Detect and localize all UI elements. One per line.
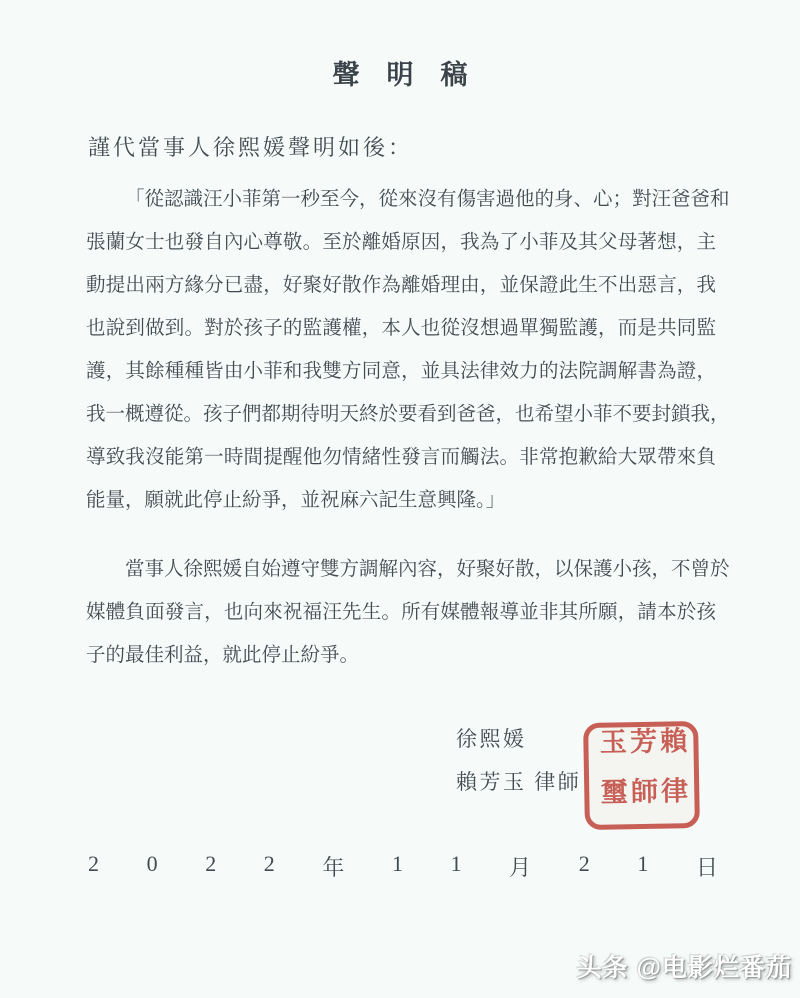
seal-text-left-column: 律師璽 <box>596 776 688 825</box>
date-character: 1 <box>392 851 403 882</box>
date-character: 2 <box>264 851 275 882</box>
signature-block: 徐熙媛 賴芳玉 律師 <box>456 726 581 795</box>
document-title: 聲明稿 <box>0 53 800 92</box>
date-character: 1 <box>637 851 648 882</box>
statement-paragraph-quote: 「從認識汪小菲第一秒至今，從來沒有傷害過他的身、心；對汪爸爸和張蘭女士也發自內心… <box>86 178 716 522</box>
date-character: 0 <box>147 851 158 882</box>
closing-line: 子的最佳利益，就此停止紛爭。 <box>86 634 716 677</box>
seal-text-right-column: 賴芳玉 <box>595 726 687 775</box>
statement-line: 護，其餘種種皆由小菲和我雙方同意，並具法律效力的法院調解書為證， <box>86 350 716 393</box>
statement-line: 也說到做到。對於孩子的監護權，本人也從沒想過單獨監護，而是共同監 <box>86 307 716 350</box>
date-character: 月 <box>509 851 531 882</box>
watermark-toutiao: 头条 @电影烂番茄 <box>577 948 792 984</box>
statement-line: 我一概遵從。孩子們都期待明天終於要看到爸爸，也希望小菲不要封鎖我， <box>86 393 716 436</box>
statement-line: 導致我沒能第一時間提醒他勿情緒性發言而觸法。非常抱歉給大眾帶來負 <box>86 436 716 479</box>
statement-document-page: 聲明稿 謹代當事人徐熙媛聲明如後： 「從認識汪小菲第一秒至今，從來沒有傷害過他的… <box>0 0 800 998</box>
closing-line: 當事人徐熙媛自始遵守雙方調解內容，好聚好散，以保護小孩，不曾於 <box>86 548 716 591</box>
lawyer-name: 賴芳玉 律師 <box>456 769 581 795</box>
date-character: 2 <box>579 851 590 882</box>
date-character: 日 <box>696 851 718 882</box>
statement-line: 能量，願就此停止紛爭，並祝麻六記生意興隆。」 <box>86 479 716 522</box>
statement-line: 動提出兩方緣分已盡，好聚好散作為離婚理由，並保證此生不出惡言，我 <box>86 264 716 307</box>
closing-paragraph: 當事人徐熙媛自始遵守雙方調解內容，好聚好散，以保護小孩，不曾於媒體負面發言，也向… <box>86 548 716 677</box>
salutation-line: 謹代當事人徐熙媛聲明如後： <box>88 131 413 162</box>
date-line: 2022年11月21日 <box>88 851 718 882</box>
statement-line: 「從認識汪小菲第一秒至今，從來沒有傷害過他的身、心；對汪爸爸和 <box>86 178 716 221</box>
date-character: 年 <box>322 851 344 882</box>
date-character: 2 <box>88 851 99 882</box>
closing-line: 媒體負面發言，也向來祝福汪先生。所有媒體報導並非其所願，請本於孩 <box>86 591 716 634</box>
lawyer-seal-stamp: 賴芳玉 律師璽 <box>583 721 700 830</box>
date-character: 1 <box>451 851 462 882</box>
date-character: 2 <box>205 851 216 882</box>
statement-line: 張蘭女士也發自內心尊敬。至於離婚原因，我為了小菲及其父母著想，主 <box>86 221 716 264</box>
signatory-name: 徐熙媛 <box>456 726 581 752</box>
